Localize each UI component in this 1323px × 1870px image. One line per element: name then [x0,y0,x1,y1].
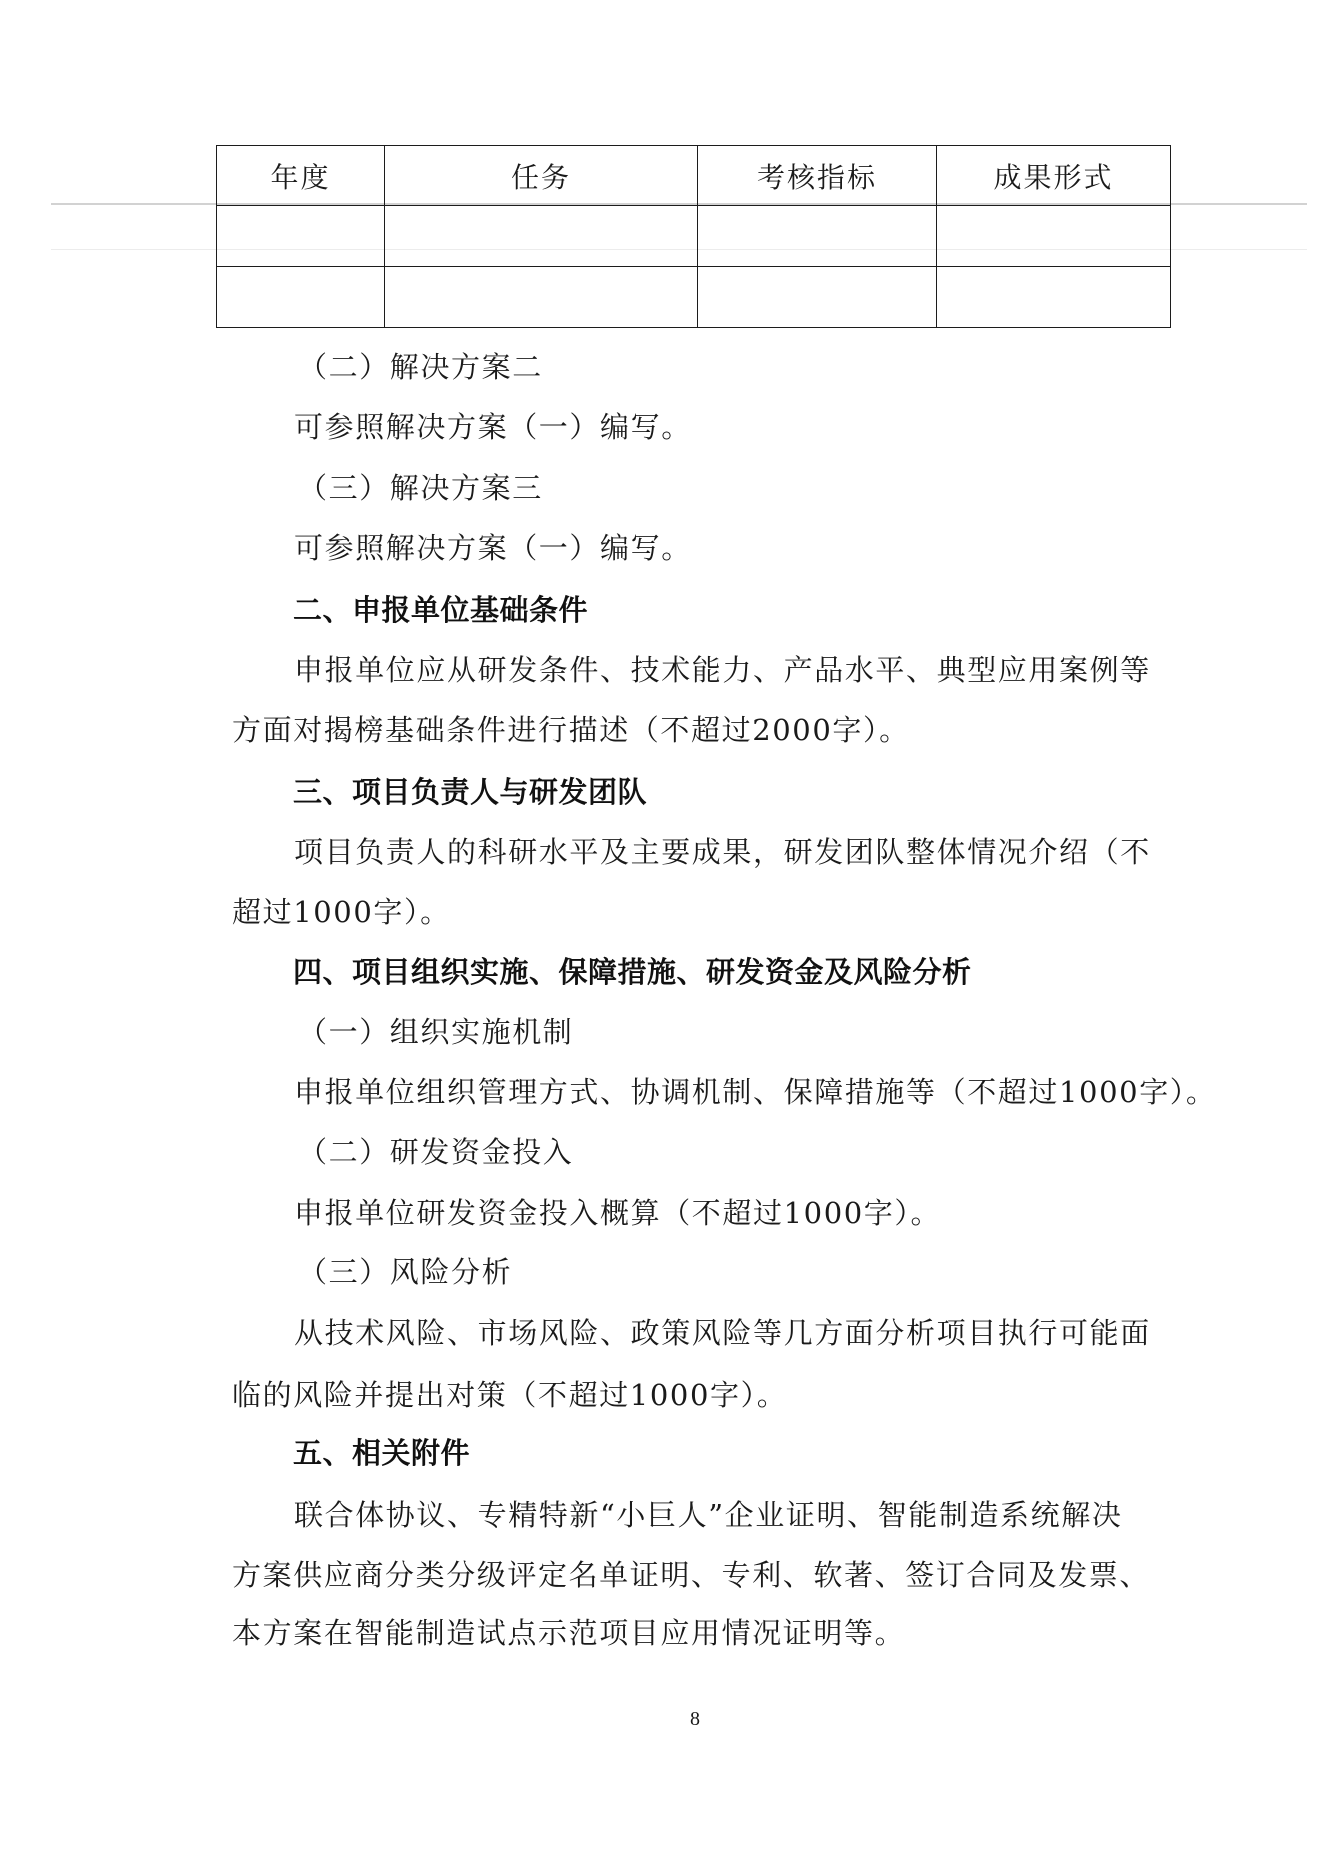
paragraph-line: 联合体协议、专精特新“小巨人”企业证明、智能制造系统解决 [294,1485,1172,1545]
column-header-task: 任务 [385,146,698,206]
task-schedule-table: 年度 任务 考核指标 成果形式 [216,145,1171,328]
section-heading-implementation-funding-risk: 四、项目组织实施、保障措施、研发资金及风险分析 [293,942,1233,1002]
paragraph-line: 方案供应商分类分级评定名单证明、专利、软著、签订合同及发票、 [232,1545,1172,1605]
paragraph-line: 方面对揭榜基础条件进行描述（不超过2000字）。 [232,700,1172,760]
column-header-deliverable-form: 成果形式 [937,146,1171,206]
section-heading-applicant-conditions: 二、申报单位基础条件 [293,580,1233,640]
paragraph-line: 临的风险并提出对策（不超过1000字）。 [232,1365,1172,1425]
paragraph-line: 项目负责人的科研水平及主要成果，研发团队整体情况介绍（不 [294,822,1172,882]
subheading-solution-three: （三）解决方案三 [298,458,1238,518]
table-cell [937,267,1171,328]
table-cell [937,206,1171,267]
table-header-row: 年度 任务 考核指标 成果形式 [217,146,1171,206]
table-cell [698,206,937,267]
table-cell [385,267,698,328]
paragraph-line: 超过1000字）。 [232,882,1172,942]
paragraph-line: 申报单位组织管理方式、协调机制、保障措施等（不超过1000字）。 [294,1062,1172,1122]
paragraph-solution-two: 可参照解决方案（一）编写。 [294,397,1172,457]
section-heading-attachments: 五、相关附件 [293,1423,1233,1483]
paragraph-line: 本方案在智能制造试点示范项目应用情况证明等。 [232,1603,1172,1663]
table-row [217,206,1171,267]
column-header-assessment-indicators: 考核指标 [698,146,937,206]
paragraph-solution-three: 可参照解决方案（一）编写。 [294,518,1172,578]
table-row [217,267,1171,328]
page-number: 8 [680,1704,710,1734]
subheading-risk-analysis: （三）风险分析 [298,1242,1238,1302]
section-heading-project-lead-team: 三、项目负责人与研发团队 [293,762,1233,822]
paragraph-line: 从技术风险、市场风险、政策风险等几方面分析项目执行可能面 [294,1303,1172,1363]
paragraph-line: 申报单位研发资金投入概算（不超过1000字）。 [294,1183,1172,1243]
subheading-solution-two: （二）解决方案二 [298,337,1238,397]
paragraph-line: 申报单位应从研发条件、技术能力、产品水平、典型应用案例等 [294,640,1172,700]
column-header-year: 年度 [217,146,385,206]
table-cell [217,206,385,267]
table-cell [698,267,937,328]
table-cell [217,267,385,328]
subheading-implementation-mechanism: （一）组织实施机制 [298,1002,1238,1062]
subheading-rd-funding: （二）研发资金投入 [298,1122,1238,1182]
table-cell [385,206,698,267]
